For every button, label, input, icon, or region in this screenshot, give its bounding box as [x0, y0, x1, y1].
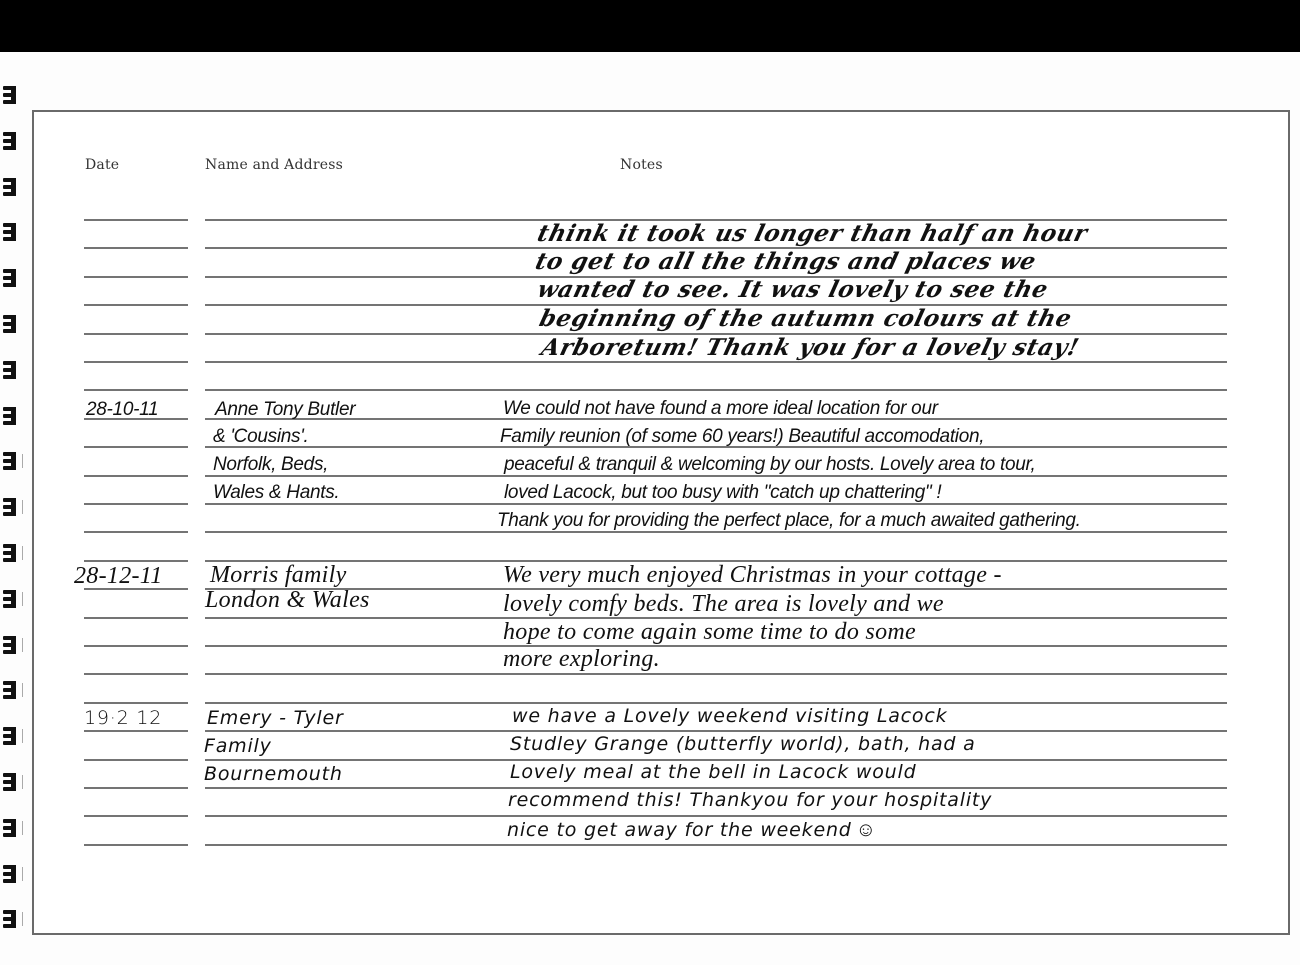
date-rule-line [84, 276, 188, 278]
binding-ring [3, 223, 16, 241]
binding-ring [3, 590, 16, 608]
note-line: nice to get away for the weekend☺ [507, 819, 877, 840]
name-address-column-header: Name and Address [205, 157, 343, 173]
note-line: more exploring. [503, 647, 660, 671]
note-line: recommend this! Thankyou for your hospit… [508, 791, 992, 810]
date-rule-line [84, 787, 188, 789]
binding-ring [3, 269, 16, 287]
binding-ring [3, 498, 16, 516]
binding-ring [3, 727, 16, 745]
guest-address-line: Bournemouth [204, 765, 343, 784]
binding-ring [3, 773, 16, 791]
guest-address-line: Norfolk, Beds, [213, 455, 328, 474]
smiley-face-icon: ☺ [856, 819, 877, 839]
date-rule-line [84, 759, 188, 761]
binding-ring [3, 315, 16, 333]
binding-ring [3, 361, 16, 379]
guest-address-line: Wales & Hants. [213, 483, 339, 502]
notes-rule-line [205, 531, 1227, 533]
date-rule-line [84, 446, 188, 448]
note-line: lovely comfy beds. The area is lovely an… [503, 592, 944, 616]
date-rule-line [84, 475, 188, 477]
binding-ring [3, 86, 16, 104]
entry-date: 19·2 12 [84, 709, 162, 728]
note-line: Thank you for providing the perfect plac… [497, 511, 1081, 530]
binding-ring [3, 681, 16, 699]
guest-address-line: London & Wales [205, 588, 370, 612]
date-rule-line [84, 531, 188, 533]
note-line: Studley Grange (butterfly world), bath, … [510, 735, 976, 754]
notes-rule-line [205, 645, 1227, 647]
notes-rule-line [205, 730, 1227, 732]
binding-ring [3, 407, 16, 425]
binding-ring [3, 910, 16, 928]
note-line: We could not have found a more ideal loc… [503, 399, 938, 418]
guest-name-line: Emery - Tyler [207, 709, 344, 728]
guest-name-line: & 'Cousins'. [213, 427, 309, 446]
note-line-text: nice to get away for the weekend [507, 819, 852, 841]
spiral-binding [0, 86, 28, 965]
date-rule-line [84, 247, 188, 249]
binding-ring [3, 178, 16, 196]
note-line: Family reunion (of some 60 years!) Beaut… [500, 427, 984, 446]
note-line: think it took us longer than half an hou… [535, 222, 1090, 245]
note-line: we have a Lovely weekend visiting Lacock [512, 707, 947, 726]
notes-rule-line [205, 475, 1227, 477]
notes-rule-line [205, 702, 1227, 704]
date-rule-line [84, 389, 188, 391]
note-line: Arboretum! Thank you for a lovely stay! [539, 336, 1081, 359]
date-rule-line [84, 503, 188, 505]
guest-name-line: Family [204, 737, 272, 756]
note-line: peaceful & tranquil & welcoming by our h… [504, 455, 1036, 474]
date-column-header: Date [85, 157, 119, 173]
note-line: to get to all the things and places we [533, 250, 1039, 273]
date-rule-line [84, 617, 188, 619]
date-rule-line [84, 219, 188, 221]
binding-ring [3, 132, 16, 150]
date-rule-line [84, 702, 188, 704]
note-line: loved Lacock, but too busy with "catch u… [504, 483, 941, 502]
note-line: hope to come again some time to do some [503, 620, 916, 644]
binding-ring [3, 865, 16, 883]
guest-name-line: Morris family [210, 563, 347, 587]
notes-rule-line [205, 815, 1227, 817]
note-line: wanted to see. It was lovely to see the [535, 278, 1051, 301]
note-line: beginning of the autumn colours at the [537, 307, 1074, 330]
note-line: We very much enjoyed Christmas in your c… [503, 563, 1002, 587]
date-rule-line [84, 333, 188, 335]
binding-ring [3, 452, 16, 470]
date-rule-line [84, 304, 188, 306]
entry-date: 28-12-11 [74, 564, 163, 588]
date-rule-line [84, 730, 188, 732]
date-rule-line [84, 560, 188, 562]
notes-rule-line [205, 844, 1227, 846]
binding-ring [3, 544, 16, 562]
date-rule-line [84, 361, 188, 363]
notes-rule-line [205, 673, 1227, 675]
date-rule-line [84, 844, 188, 846]
binding-ring [3, 636, 16, 654]
notes-column-header: Notes [620, 157, 663, 173]
notes-rule-line [205, 389, 1227, 391]
note-line: Lovely meal at the bell in Lacock would [510, 763, 916, 782]
date-rule-line [84, 645, 188, 647]
notes-rule-line [205, 503, 1227, 505]
entry-date: 28-10-11 [86, 400, 158, 419]
black-header-bar [0, 0, 1300, 52]
guest-name-line: Anne Tony Butler [215, 400, 355, 419]
binding-ring [3, 819, 16, 837]
date-rule-line [84, 815, 188, 817]
notes-rule-line [205, 361, 1227, 363]
date-rule-line [84, 673, 188, 675]
